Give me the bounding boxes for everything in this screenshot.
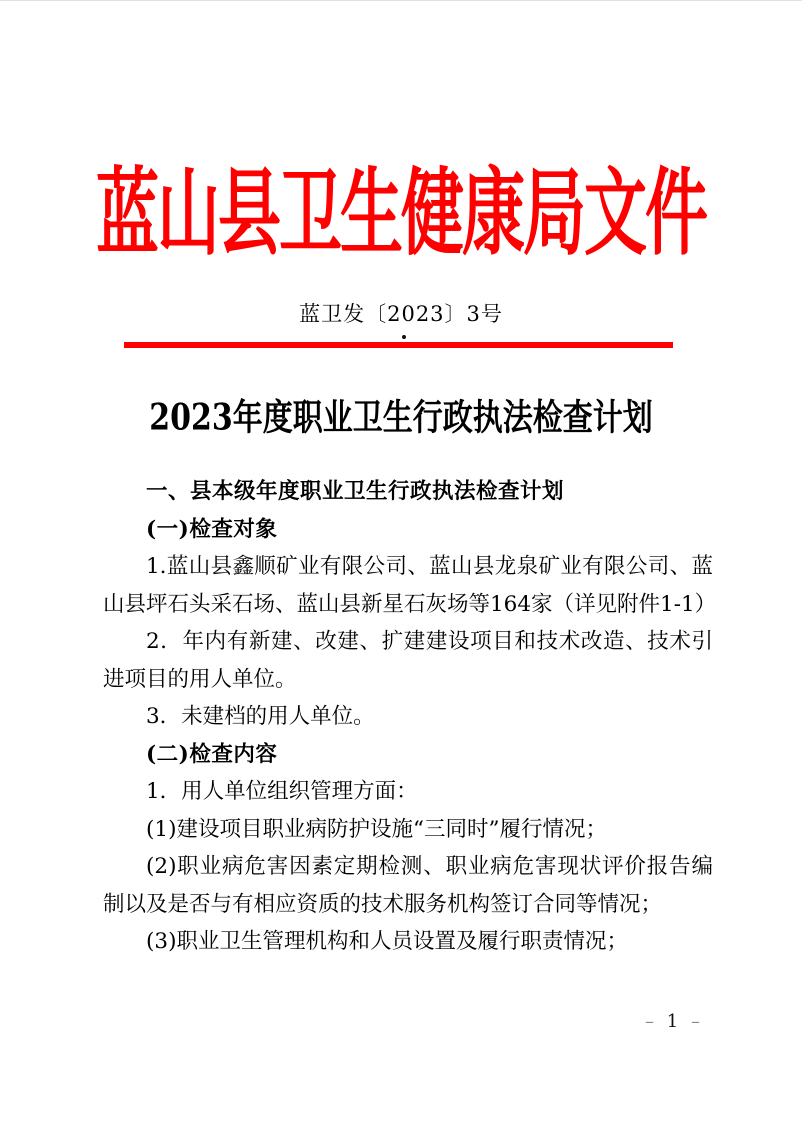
paragraph-content-1: 1．用人单位组织管理方面： [103,773,713,811]
paragraph-content-1-1: (1)建设项目职业病防护设施“三同时”履行情况； [103,811,713,849]
paragraph-targets-2: 2．年内有新建、改建、扩建建设项目和技术改造、技术引进项目的用人单位。 [103,623,713,698]
document-title-row: 2023年度职业卫生行政执法检查计划 [0,391,802,437]
document-page: 蓝山县卫生健康局文件 蓝卫发〔2023〕3号 2023年度职业卫生行政执法检查计… [0,0,802,1128]
paragraph-content-1-2: (2)职业病危害因素定期检测、职业病危害现状评价报告编制以及是否与有相应资质的技… [103,848,713,923]
section-heading-1: 一、县本级年度职业卫生行政执法检查计划 [103,473,713,511]
paragraph-targets-3: 3．未建档的用人单位。 [103,698,713,736]
sub-heading-inspection-content: (二)检查内容 [103,736,713,774]
sub-heading-inspection-targets: (一)检查对象 [103,511,713,549]
paragraph-targets-1: 1.蓝山县鑫顺矿业有限公司、蓝山县龙泉矿业有限公司、蓝山县坪石头采石场、蓝山县新… [103,548,713,623]
separator-dot [402,335,406,339]
paragraph-content-1-3: (3)职业卫生管理机构和人员设置及履行职责情况； [103,923,713,961]
document-title: 2023年度职业卫生行政执法检查计划 [149,388,653,441]
document-number: 蓝卫发〔2023〕3号 [0,298,802,328]
document-body: 一、县本级年度职业卫生行政执法检查计划 (一)检查对象 1.蓝山县鑫顺矿业有限公… [103,473,713,961]
agency-title: 蓝山县卫生健康局文件 [96,137,706,274]
agency-banner: 蓝山县卫生健康局文件 [0,149,802,261]
page-number-dash-right: – [691,1011,700,1032]
page-number: – 1 – [645,1011,700,1032]
page-number-value: 1 [667,1011,678,1032]
red-divider-line [124,342,673,348]
page-number-dash-left: – [645,1011,654,1032]
